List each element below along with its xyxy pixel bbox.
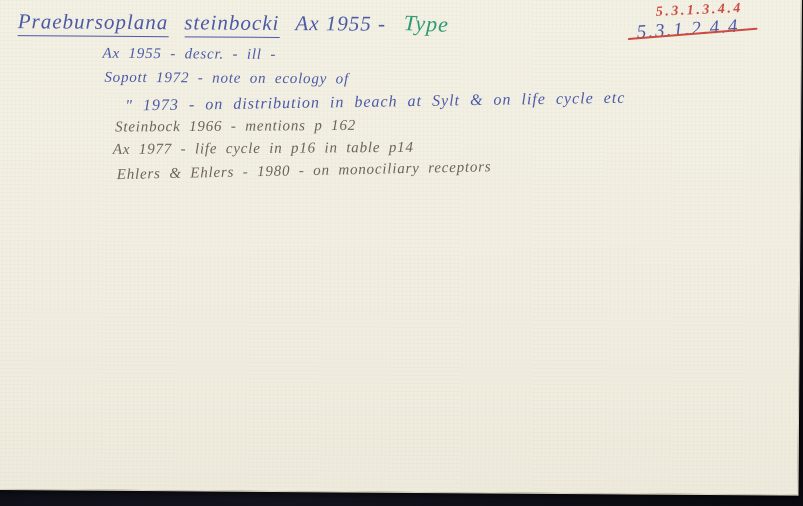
index-card: PraebursoplanasteinbockiAx 1955 -Type 5.… xyxy=(0,0,802,496)
entry-line: Sopott 1972 - note on ecology of xyxy=(104,70,349,89)
title-line: PraebursoplanasteinbockiAx 1955 -Type xyxy=(18,8,450,37)
entry-line: Ax 1955 - descr. - ill - xyxy=(102,46,276,64)
genus-name: Praebursoplana xyxy=(18,9,169,37)
entry-line: Steinbock 1966 - mentions p 162 xyxy=(115,118,356,137)
entry-line: Ax 1977 - life cycle in p16 in table p14 xyxy=(113,140,414,159)
photo-backdrop: PraebursoplanasteinbockiAx 1955 -Type 5.… xyxy=(0,0,803,506)
type-label: Type xyxy=(404,10,450,38)
author-citation: Ax 1955 - xyxy=(295,11,386,36)
entry-line: Ehlers & Ehlers - 1980 - on monociliary … xyxy=(117,159,492,184)
species-name: steinbocki xyxy=(184,10,279,38)
entry-line: " 1973 - on distribution in beach at Syl… xyxy=(125,90,625,116)
